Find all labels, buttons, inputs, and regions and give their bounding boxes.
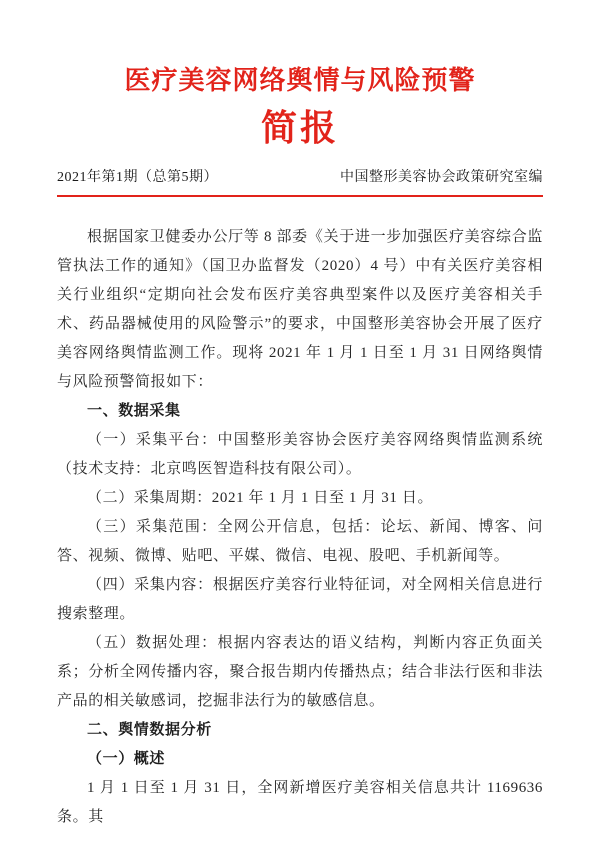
paragraph: （一）采集平台：中国整形美容协会医疗美容网络舆情监测系统（技术支持：北京鸣医智造… <box>57 426 543 484</box>
document-title-line2: 简报 <box>57 102 543 154</box>
section-heading: 一、数据采集 <box>57 397 543 426</box>
header-divider-rule <box>57 195 543 197</box>
bulletin-page: 医疗美容网络舆情与风险预警 简报 2021年第1期（总第5期） 中国整形美容协会… <box>0 0 600 848</box>
document-title-line1: 医疗美容网络舆情与风险预警 <box>57 60 543 102</box>
paragraph: 根据国家卫健委办公厅等 8 部委《关于进一步加强医疗美容综合监管执法工作的通知》… <box>57 223 543 397</box>
section-heading: （一）概述 <box>57 745 543 774</box>
issue-meta-row: 2021年第1期（总第5期） 中国整形美容协会政策研究室编 <box>57 166 543 186</box>
paragraph: 1 月 1 日至 1 月 31 日，全网新增医疗美容相关信息共计 1169636… <box>57 774 543 832</box>
document-body: 根据国家卫健委办公厅等 8 部委《关于进一步加强医疗美容综合监管执法工作的通知》… <box>57 223 543 832</box>
paragraph: （三）采集范围：全网公开信息，包括：论坛、新闻、博客、问答、视频、微博、贴吧、平… <box>57 513 543 571</box>
issue-number: 2021年第1期（总第5期） <box>57 166 218 186</box>
publisher-credit: 中国整形美容协会政策研究室编 <box>340 166 543 186</box>
section-heading: 二、舆情数据分析 <box>57 716 543 745</box>
paragraph: （四）采集内容：根据医疗美容行业特征词，对全网相关信息进行搜索整理。 <box>57 571 543 629</box>
paragraph: （二）采集周期：2021 年 1 月 1 日至 1 月 31 日。 <box>57 484 543 513</box>
paragraph: （五）数据处理：根据内容表达的语义结构，判断内容正负面关系；分析全网传播内容，聚… <box>57 629 543 716</box>
